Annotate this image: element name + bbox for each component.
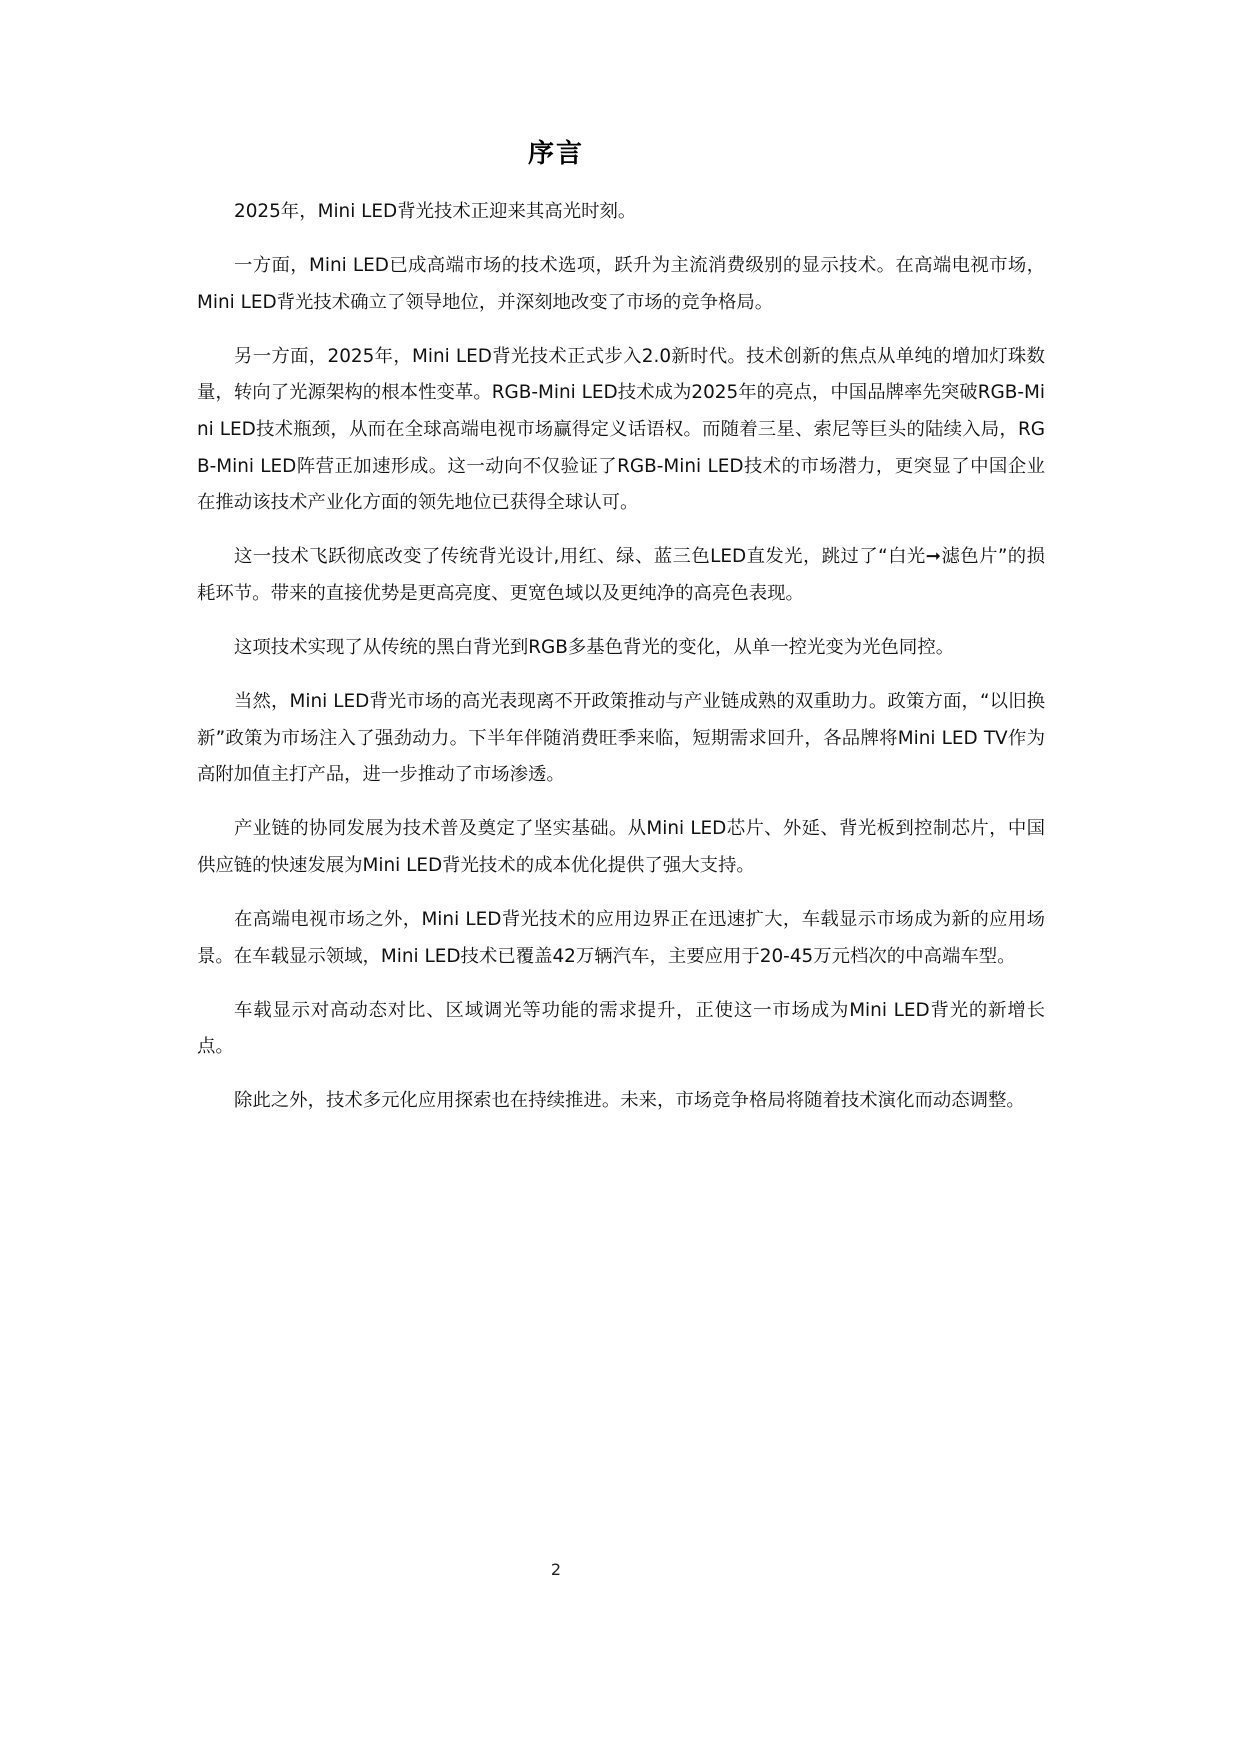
- paragraph: 在高端电视市场之外，Mini LED背光技术的应用边界正在迅速扩大，车载显示市场…: [197, 902, 1045, 975]
- paragraph: 当然，Mini LED背光市场的高光表现离不开政策推动与产业链成熟的双重助力。政…: [197, 684, 1045, 794]
- paragraph: 另一方面，2025年，Mini LED背光技术正式步入2.0新时代。技术创新的焦…: [197, 339, 1045, 522]
- document-body: 2025年，Mini LED背光技术正迎来其高光时刻。 一方面，Mini LED…: [197, 194, 1045, 1137]
- paragraph: 这项技术实现了从传统的黑白背光到RGB多基色背光的变化，从单一控光变为光色同控。: [197, 630, 1045, 667]
- page-number: 2: [0, 1560, 1112, 1580]
- paragraph: 除此之外，技术多元化应用探索也在持续推进。未来，市场竞争格局将随着技术演化而动态…: [197, 1083, 1045, 1120]
- paragraph: 一方面，Mini LED已成高端市场的技术选项，跃升为主流消费级别的显示技术。在…: [197, 248, 1045, 321]
- paragraph: 车载显示对高动态对比、区域调光等功能的需求提升，正使这一市场成为Mini LED…: [197, 993, 1045, 1066]
- paragraph: 2025年，Mini LED背光技术正迎来其高光时刻。: [197, 194, 1045, 231]
- document-page: 序言 2025年，Mini LED背光技术正迎来其高光时刻。 一方面，Mini …: [0, 0, 1241, 1754]
- page-title: 序言: [0, 138, 1112, 170]
- paragraph: 产业链的协同发展为技术普及奠定了坚实基础。从Mini LED芯片、外延、背光板到…: [197, 811, 1045, 884]
- paragraph: 这一技术飞跃彻底改变了传统背光设计,用红、绿、蓝三色LED直发光，跳过了“白光➞…: [197, 539, 1045, 612]
